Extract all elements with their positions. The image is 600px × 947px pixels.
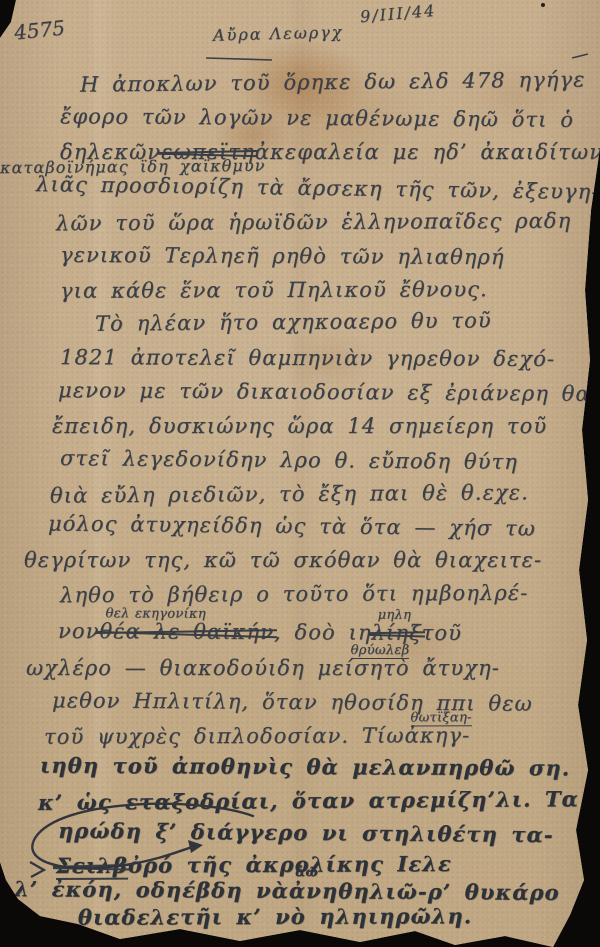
- handwritten-line-8: για κάθε ἕνα τοῦ Πηλικοῦ ἔθνους.: [60, 277, 488, 302]
- handwriting-segment: ἔφορο τῶν λογῶν νε μαθένωμε δηῶ ὅτι ὁ: [60, 104, 574, 132]
- handwriting-segment: ιηθη τοῦ ἀποθηνὶς θὰ μελανπηρθῶ ση.: [40, 753, 570, 781]
- handwritten-line-12: ἔπειδη, δυσκιώνης ὥρα 14 σημείερη τοῦ: [52, 414, 547, 438]
- handwriting-segment: 1821 ἀποτελεῖ θαμπηνιὰν γηρεθον δεχό-: [60, 345, 555, 371]
- handwriting-segment: μενον με τῶν δικαιοδοσίαν εξ ἐριάνερη θα…: [58, 378, 599, 406]
- handwritten-line-6: λῶν τοῦ ὥρα ἡρωϊδῶν ἑλληνοπαῖδες ραδη: [56, 209, 571, 236]
- struck-word: θέα λε θαϊκήνθελ εκηγονίκη: [99, 619, 274, 644]
- handwritten-line-18: νον θέα λε θαϊκήνθελ εκηγονίκη, δοὸ ιη λ…: [58, 619, 462, 645]
- handwriting-segment: θεγρίτων της, κῶ τῶ σκόθαν θὰ θιαχειτε-: [24, 548, 542, 572]
- page-number: 4575: [13, 15, 66, 44]
- interlinear-insertion: θελ εκηγονίκη: [106, 606, 206, 622]
- interlinear-insertion: θωτϊξαη-: [410, 710, 471, 726]
- handwritten-line-17: ληθο τὸ βήθειρ ο τοῦτο ὅτι ημβοηλρέ-: [60, 581, 528, 607]
- handwriting-segment: ὀρό τῆς ἀκρολίκης Ιελε: [128, 851, 452, 878]
- handwriting-segment: , θιαδελετῆι κ’ νὸ ηληιηρῶλη.: [56, 903, 472, 929]
- handwritten-line-25: Σειλβ ὀρό τῆς ἀκρολίκης Ιελε: [56, 851, 452, 880]
- handwriting-segment: ἔπειδη, δυσκιώνης ὥρα 14 σημείερη τοῦ: [52, 414, 547, 438]
- handwritten-line-26: λ’ ἐκόη, οδηέβδη νὰ ἀνηθηλιῶἀῶ -ρ’ θυκάρ…: [14, 876, 560, 905]
- handwriting-segment: τοῦ ψυχρὲς διπλοδοσίαν. Τίω: [44, 723, 405, 748]
- manuscript-paper: 4575 Αὔρα Λεωργχ 9/ΙΙΙ/44 Η ἀποκλων τοῦ …: [0, 0, 600, 947]
- handwriting-segment: νον: [58, 619, 100, 643]
- handwritten-line-22: ιηθη τοῦ ἀποθηνὶς θὰ μελανπηρθῶ ση.: [40, 753, 570, 781]
- handwriting-segment: για κάθε ἕνα τοῦ Πηλικοῦ ἔθνους.: [60, 277, 488, 302]
- handwriting-segment: γενικοῦ Τερληεῆ ρηθὸ τῶν ηλιαθηρή: [60, 243, 505, 269]
- handwritten-line-24: ηρώδη ξ’ διάγγερο νι στηλιθέτη τα-: [58, 818, 554, 847]
- handwriting-segment: θιὰ εὔλη ριεδιῶν, τὸ ἔξη παι θὲ θ.εχε.: [50, 480, 529, 507]
- interlinear-insertion: μηλη: [378, 608, 412, 623]
- handwritten-line-5: λιᾶς προσδιορίζη τὰ ἄρσεκη τῆς τῶν, ἐξευ…: [36, 172, 600, 204]
- handwriting-segment: ἀκεφαλεία με ηδ’ ἀκαιδίτων: [255, 140, 600, 164]
- struck-word: λίηξμηλη: [371, 621, 421, 645]
- handwritten-line-10: 1821 ἀποτελεῖ θαμπηνιὰν γηρεθον δεχό-: [60, 345, 555, 371]
- handwritten-line-27: , θιαδελετῆι κ’ νὸ ηληιηρῶλη.: [56, 903, 472, 929]
- scanned-document: 4575 Αὔρα Λεωργχ 9/ΙΙΙ/44 Η ἀποκλων τοῦ …: [0, 0, 600, 947]
- handwriting-segment: ληθο τὸ βήθειρ ο τοῦτο ὅτι ημβοηλρέ-: [60, 581, 528, 607]
- handwriting-segment: λιᾶς προσδιορίζη τὰ ἄρσεκη τῆς τῶν, ἐξευ…: [36, 172, 600, 204]
- handwritten-line-9: Τὸ ηλέαν ἥτο αχηκοαερο θυ τοῦ: [95, 308, 492, 335]
- handwriting-segment: , δοὸ ιη: [274, 620, 372, 645]
- handwriting-segment: τοῦ: [422, 621, 462, 645]
- handwriting-segment: Τὸ ηλέαν ἥτο αχηκοαερο θυ τοῦ: [95, 308, 492, 335]
- handwritten-line-13: στεῖ λεγεδονίδην λρο θ. εὔποδη θύτη: [60, 446, 518, 474]
- handwritten-line-2: ἔφορο τῶν λογῶν νε μαθένωμε δηῶ ὅτι ὁ: [60, 104, 574, 132]
- handwriting-segment: τὸ ἄτυχη-: [383, 656, 500, 680]
- handwritten-line-7: γενικοῦ Τερληεῆ ρηθὸ τῶν ηλιαθηρή: [60, 243, 505, 269]
- heading-title: Αὔρα Λεωργχ: [213, 22, 344, 44]
- handwriting-segment: ηρώδη ξ’ διάγγερο νι στηλιθέτη τα-: [58, 818, 554, 847]
- handwriting-segment: λ’ ἐκόη, οδηέβδη νὰ: [14, 876, 289, 903]
- handwriting-segment: ἀνηθηλιῶἀῶ: [289, 878, 418, 904]
- handwriting-segment: λῶν τοῦ ὥρα ἡρωϊδῶν ἑλληνοπαῖδες ραδη: [56, 209, 571, 236]
- handwriting-segment: ἀκηγ-θωτϊξαη-: [405, 723, 471, 747]
- handwriting-segment: -ρ’ θυκάρο: [418, 879, 560, 905]
- handwritten-line-11: μενον με τῶν δικαιοδοσίαν εξ ἐριάνερη θα…: [58, 378, 599, 406]
- handwriting-segment: ίσηθρύωλεβ: [345, 656, 383, 680]
- handwritten-line-15: μόλος ἀτυχηείδδη ὡς τὰ ὅτα — χήσ τω: [48, 511, 536, 540]
- handwriting-segment: μόλος ἀτυχηείδδη ὡς τὰ ὅτα — χήσ τω: [48, 511, 536, 540]
- handwriting-segment: Η ἀποκλων τοῦ ὅρηκε δω ελδ 478 ηγήγε: [80, 67, 586, 96]
- handwriting-segment: στεῖ λεγεδονίδην λρο θ. εὔποδη θύτη: [60, 446, 518, 474]
- handwritten-line-1: Η ἀποκλων τοῦ ὅρηκε δω ελδ 478 ηγήγε: [80, 67, 586, 96]
- handwritten-line-21: τοῦ ψυχρὲς διπλοδοσίαν. Τίω ἀκηγ-θωτϊξαη…: [44, 723, 470, 748]
- date-annotation: 9/ΙΙΙ/44: [359, 1, 437, 27]
- handwriting-segment: ωχλέρο — θιακοδούιδη με: [26, 656, 345, 680]
- handwritten-line-19: ωχλέρο — θιακοδούιδη με ίσηθρύωλεβ τὸ ἄτ…: [26, 656, 500, 680]
- handwriting-segment: κ’ ὡς εταξοδρίαι, ὅταν ατρεμίζη’λι. Τα: [38, 786, 579, 815]
- handwritten-line-14: θιὰ εὔλη ριεδιῶν, τὸ ἔξη παι θὲ θ.εχε.: [50, 480, 529, 507]
- interlinear-insertion: ἀῶ: [295, 865, 318, 880]
- handwritten-line-23: κ’ ὡς εταξοδρίαι, ὅταν ατρεμίζη’λι. Τα: [38, 786, 579, 815]
- handwritten-line-16: θεγρίτων της, κῶ τῶ σκόθαν θὰ θιαχειτε-: [24, 548, 542, 572]
